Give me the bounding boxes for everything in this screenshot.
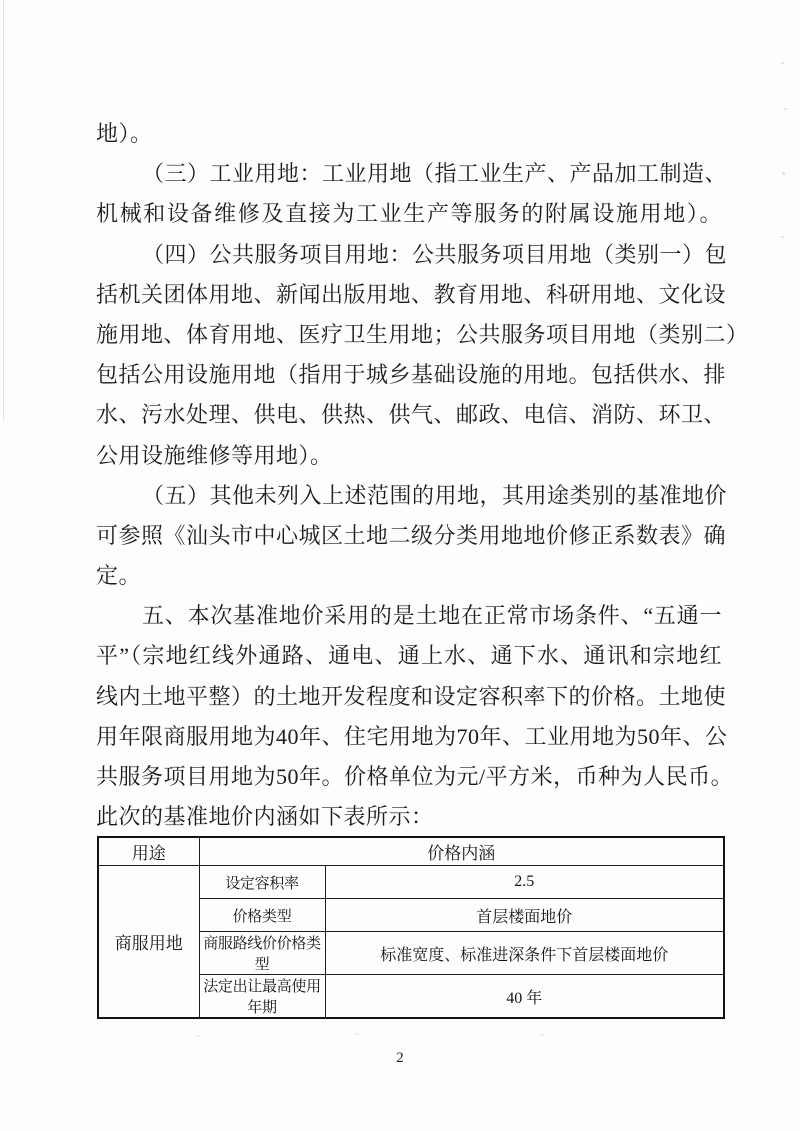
table-cell-value: 2.5 (325, 866, 724, 899)
table-cell-value: 40 年 (325, 975, 724, 1019)
text-line: （四）公共服务项目用地：公共服务项目用地（类别一）包 (96, 235, 722, 275)
scan-speck (782, 172, 785, 175)
scan-speck (781, 236, 784, 238)
document-page: 地）。 （三）工业用地：工业用地（指工业生产、产品加工制造、 机械和设备维修及直… (0, 0, 800, 1131)
text-line: 水、污水处理、供电、供热、供气、邮政、电信、消防、环卫、 (96, 395, 722, 435)
scan-speck (784, 108, 787, 110)
text-line: 五、本次基准地价采用的是土地在正常市场条件、“五通一 (96, 596, 722, 636)
table-cell-label: 法定出让最高使用年期 (199, 975, 325, 1019)
price-definition-table: 用途 价格内涵 商服用地 设定容积率 2.5 价格类型 首层楼面地价 商服路线价… (97, 836, 725, 1019)
scan-speck (196, 1035, 200, 1037)
table-cell-label: 设定容积率 (199, 866, 325, 899)
body-text: 地）。 （三）工业用地：工业用地（指工业生产、产品加工制造、 机械和设备维修及直… (96, 114, 722, 837)
scan-speck (355, 1033, 359, 1035)
table-cell-value: 标准宽度、标准进深条件下首层楼面地价 (325, 932, 724, 975)
table-header-usage: 用途 (98, 837, 199, 866)
text-line: （五）其他未列入上述范围的用地，其用途类别的基准地价 (96, 476, 722, 516)
text-line: 共服务项目用地为50年。价格单位为元/平方米，币种为人民币。 (96, 757, 722, 797)
text-line: 公用设施维修等用地）。 (96, 436, 722, 476)
text-line: 机械和设备维修及直接为工业生产等服务的附属设施用地）。 (96, 194, 722, 234)
table-cell-row-group: 商服用地 (98, 866, 199, 1019)
text-line: 线内土地平整）的土地开发程度和设定容积率下的价格。土地使 (96, 677, 722, 717)
scan-speck (540, 1034, 544, 1036)
page-number: 2 (0, 1050, 800, 1067)
text-line: 包括公用设施用地（指用于城乡基础设施的用地。包括供水、排 (96, 355, 722, 395)
text-line: 地）。 (96, 114, 722, 154)
text-line: 此次的基准地价内涵如下表所示： (96, 797, 722, 837)
text-line: 平”（宗地红线外通路、通电、通上水、通下水、通讯和宗地红 (96, 636, 722, 676)
text-line: 施用地、体育用地、医疗卫生用地；公共服务项目用地（类别二） (96, 315, 722, 355)
table-cell-label: 价格类型 (199, 899, 325, 932)
table-header-price-meaning: 价格内涵 (199, 837, 724, 866)
table-cell-value: 首层楼面地价 (325, 899, 724, 932)
table-cell-label: 商服路线价价格类型 (199, 932, 325, 975)
text-line: 定。 (96, 556, 722, 596)
text-line: （三）工业用地：工业用地（指工业生产、产品加工制造、 (96, 154, 722, 194)
table-row: 商服用地 设定容积率 2.5 (98, 866, 724, 899)
text-line: 括机关团体用地、新闻出版用地、教育用地、科研用地、文化设 (96, 275, 722, 315)
scan-edge-artifact (3, 0, 4, 420)
table-header-row: 用途 价格内涵 (98, 837, 724, 866)
text-line: 用年限商服用地为40年、住宅用地为70年、工业用地为50年、公 (96, 717, 722, 757)
text-line: 可参照《汕头市中心城区土地二级分类用地地价修正系数表》确 (96, 516, 722, 556)
scan-speck (781, 62, 784, 64)
